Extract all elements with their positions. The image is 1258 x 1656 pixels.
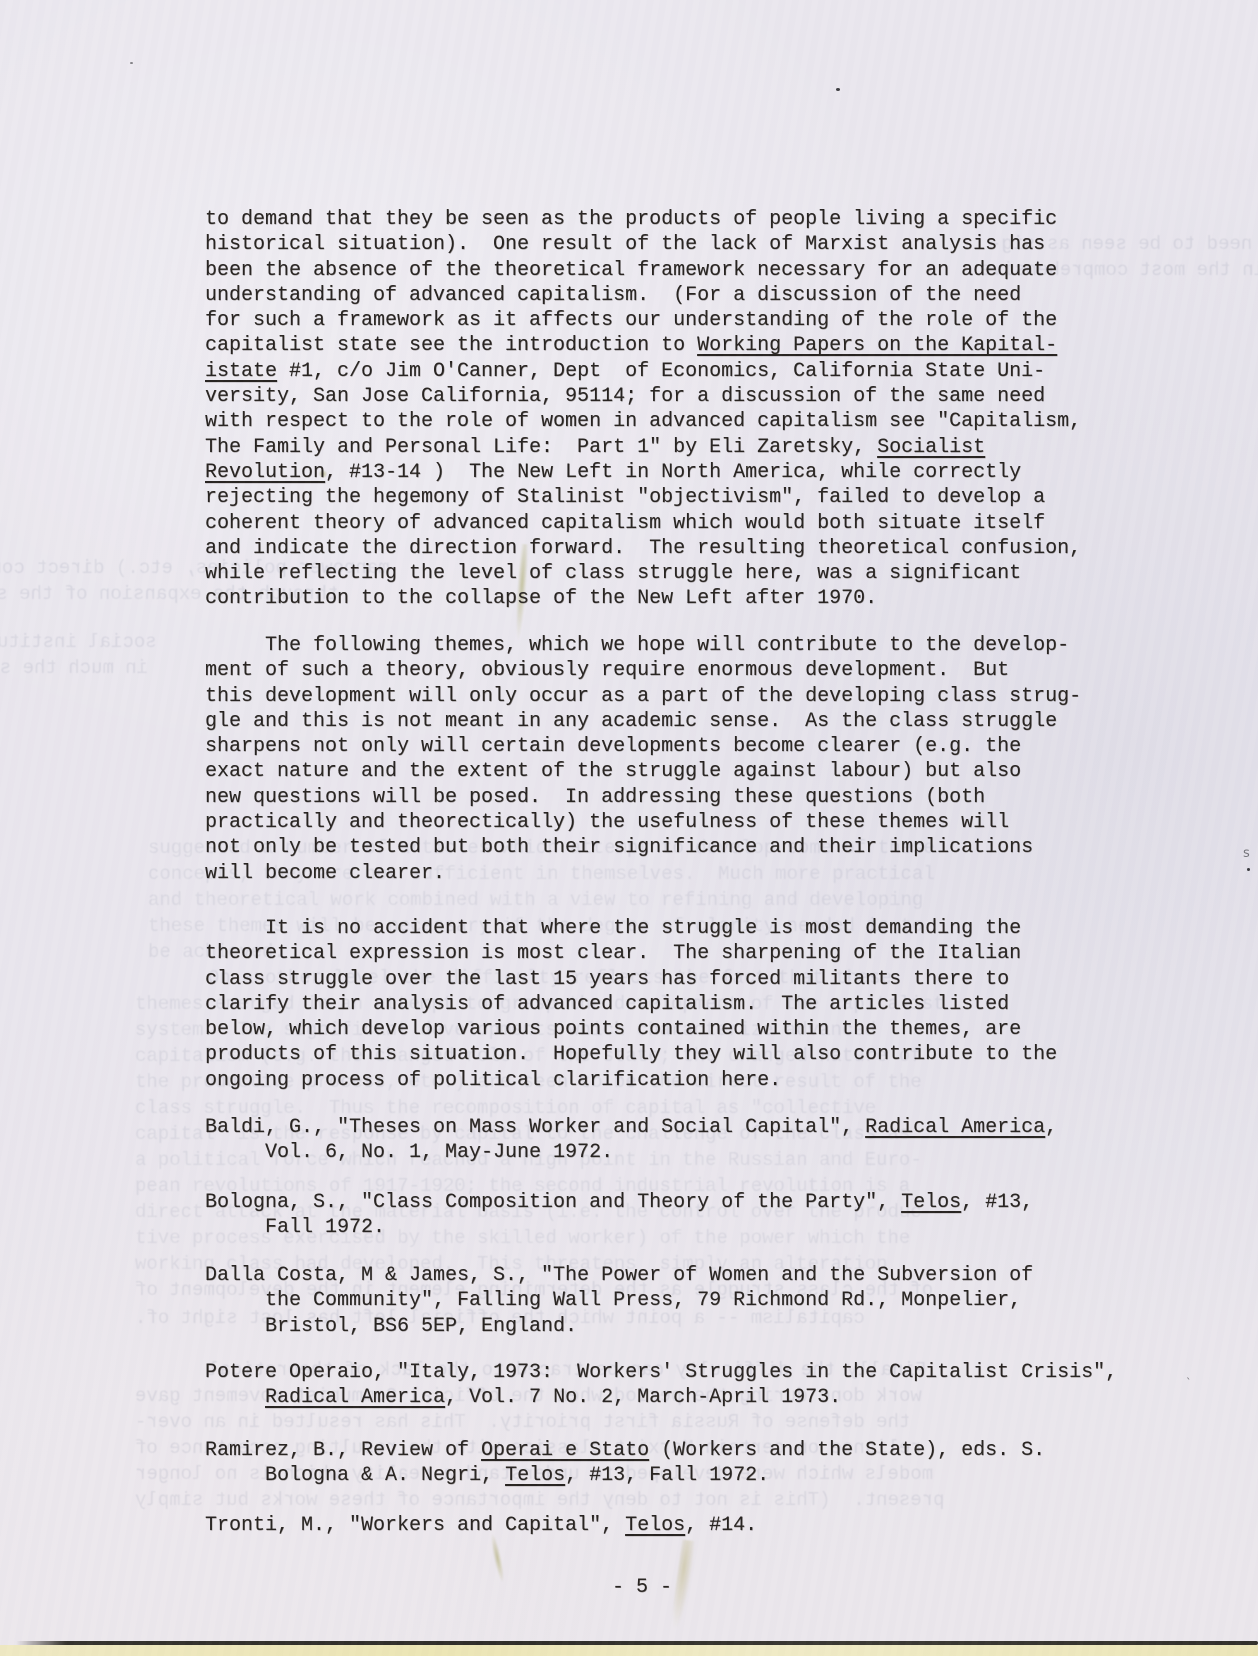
text-line: Radical America, Vol. 7 No. 2, March-Apr… bbox=[205, 1385, 1117, 1410]
text-line: Potere Operaio, "Italy, 1973: Workers' S… bbox=[205, 1360, 1117, 1385]
text-segment: products of this situation. Hopefully th… bbox=[205, 1043, 1057, 1066]
text-block-para3: It is no accident that where the struggl… bbox=[205, 916, 1057, 1093]
underlined-title: istate bbox=[205, 360, 277, 383]
text-line: been the absence of the theoretical fram… bbox=[205, 258, 1081, 283]
text-block-bib4: Potere Operaio, "Italy, 1973: Workers' S… bbox=[205, 1360, 1117, 1411]
text-segment: with respect to the role of women in adv… bbox=[205, 410, 1081, 433]
text-line: Bologna, S., "Class Composition and Theo… bbox=[205, 1190, 1033, 1215]
text-line: below, which develop various points cont… bbox=[205, 1017, 1057, 1042]
text-segment: exact nature and the extent of the strug… bbox=[205, 760, 1021, 783]
text-line: Dalla Costa, M & James, S., "The Power o… bbox=[205, 1263, 1033, 1288]
text-line: coherent theory of advanced capitalism w… bbox=[205, 511, 1081, 536]
text-segment: been the absence of the theoretical fram… bbox=[205, 259, 1057, 282]
underlined-title: Working Papers on the Kapital- bbox=[697, 334, 1057, 357]
text-segment: clarify their analysis of advanced capit… bbox=[205, 993, 1009, 1016]
text-segment: while reflecting the level of class stru… bbox=[205, 562, 1021, 585]
text-line: this development will only occur as a pa… bbox=[205, 684, 1081, 709]
text-segment: (Workers and the State), eds. S. bbox=[649, 1439, 1045, 1462]
text-line: Revolution, #13-14 ) The New Left in Nor… bbox=[205, 460, 1081, 485]
text-line: class struggle over the last 15 years ha… bbox=[205, 967, 1057, 992]
text-segment: ongoing process of political clarificati… bbox=[205, 1069, 781, 1092]
text-line: practically and theorectically) the usef… bbox=[205, 810, 1081, 835]
text-line: Ramirez, B., Review of Operai e Stato (W… bbox=[205, 1438, 1045, 1463]
text-block-para1: to demand that they be seen as the produ… bbox=[205, 207, 1081, 612]
text-line: clarify their analysis of advanced capit… bbox=[205, 992, 1057, 1017]
text-segment: Vol. 6, No. 1, May-June 1972. bbox=[205, 1141, 613, 1164]
text-segment: Bologna & A. Negri, bbox=[205, 1464, 505, 1487]
text-segment: Bristol, BS6 5EP, England. bbox=[205, 1315, 577, 1338]
text-line: exact nature and the extent of the strug… bbox=[205, 759, 1081, 784]
text-segment: Dalla Costa, M & James, S., "The Power o… bbox=[205, 1264, 1033, 1287]
text-segment: for such a framework as it affects our u… bbox=[205, 309, 1057, 332]
text-segment: , #13, bbox=[961, 1191, 1033, 1214]
text-line: with respect to the role of women in adv… bbox=[205, 409, 1081, 434]
text-block-bib6: Tronti, M., "Workers and Capital", Telos… bbox=[205, 1513, 757, 1538]
underlined-title: Operai e Stato bbox=[481, 1439, 649, 1462]
text-line: products of this situation. Hopefully th… bbox=[205, 1042, 1057, 1067]
text-segment: below, which develop various points cont… bbox=[205, 1018, 1021, 1041]
underlined-title: Socialist bbox=[877, 436, 985, 459]
text-line: capitalist state see the introduction to… bbox=[205, 333, 1081, 358]
text-line: to demand that they be seen as the produ… bbox=[205, 207, 1081, 232]
underlined-title: Revolution bbox=[205, 461, 325, 484]
document-page: need to be seen as sig-in the most compr… bbox=[0, 0, 1258, 1656]
text-line: Tronti, M., "Workers and Capital", Telos… bbox=[205, 1513, 757, 1538]
text-segment: , #13, Fall 1972. bbox=[565, 1464, 769, 1487]
text-segment: capitalist state see the introduction to bbox=[205, 334, 697, 357]
text-segment: , #14. bbox=[685, 1514, 757, 1537]
text-segment: theoretical expression is most clear. Th… bbox=[205, 942, 1021, 965]
underlined-title: Telos bbox=[505, 1464, 565, 1487]
text-line: for such a framework as it affects our u… bbox=[205, 308, 1081, 333]
text-segment: Bologna, S., "Class Composition and Theo… bbox=[205, 1191, 901, 1214]
text-line: versity, San Jose California, 95114; for… bbox=[205, 384, 1081, 409]
text-line: Bologna & A. Negri, Telos, #13, Fall 197… bbox=[205, 1463, 1045, 1488]
typewritten-text: to demand that they be seen as the produ… bbox=[0, 0, 1258, 1656]
text-segment: this development will only occur as a pa… bbox=[205, 685, 1081, 708]
text-line: theoretical expression is most clear. Th… bbox=[205, 941, 1057, 966]
text-segment: , #13-14 ) The New Left in North America… bbox=[325, 461, 1021, 484]
text-line: ment of such a theory, obviously require… bbox=[205, 658, 1081, 683]
text-segment: Ramirez, B., Review of bbox=[205, 1439, 481, 1462]
text-line: Baldi, G., "Theses on Mass Worker and So… bbox=[205, 1115, 1057, 1140]
text-line: The Family and Personal Life: Part 1" by… bbox=[205, 435, 1081, 460]
text-segment: versity, San Jose California, 95114; for… bbox=[205, 385, 1045, 408]
text-segment: The Family and Personal Life: Part 1" by… bbox=[205, 436, 877, 459]
text-segment: ment of such a theory, obviously require… bbox=[205, 659, 1009, 682]
text-line: not only be tested but both their signif… bbox=[205, 835, 1081, 860]
text-segment: contribution to the collapse of the New … bbox=[205, 587, 877, 610]
text-line: ongoing process of political clarificati… bbox=[205, 1068, 1057, 1093]
text-segment: to demand that they be seen as the produ… bbox=[205, 208, 1057, 231]
text-segment: new questions will be posed. In addressi… bbox=[205, 786, 985, 809]
text-segment: Fall 1972. bbox=[205, 1216, 385, 1239]
text-block-bib5: Ramirez, B., Review of Operai e Stato (W… bbox=[205, 1438, 1045, 1489]
text-segment bbox=[205, 1386, 265, 1409]
text-line: It is no accident that where the struggl… bbox=[205, 916, 1057, 941]
text-line: contribution to the collapse of the New … bbox=[205, 586, 1081, 611]
text-block-bib3: Dalla Costa, M & James, S., "The Power o… bbox=[205, 1263, 1033, 1339]
text-segment: Baldi, G., "Theses on Mass Worker and So… bbox=[205, 1116, 865, 1139]
text-segment: Potere Operaio, "Italy, 1973: Workers' S… bbox=[205, 1361, 1117, 1384]
text-line: Fall 1972. bbox=[205, 1215, 1033, 1240]
underlined-title: Telos bbox=[625, 1514, 685, 1537]
text-segment: It is no accident that where the struggl… bbox=[205, 917, 1021, 940]
underlined-title: Telos bbox=[901, 1191, 961, 1214]
text-segment: will become clearer. bbox=[205, 862, 445, 885]
text-line: will become clearer. bbox=[205, 861, 1081, 886]
text-segment: #1, c/o Jim O'Canner, Dept of Economics,… bbox=[277, 360, 1045, 383]
text-segment: coherent theory of advanced capitalism w… bbox=[205, 512, 1045, 535]
text-segment: not only be tested but both their signif… bbox=[205, 836, 1033, 859]
text-segment: Tronti, M., "Workers and Capital", bbox=[205, 1514, 625, 1537]
text-block-bib2: Bologna, S., "Class Composition and Theo… bbox=[205, 1190, 1033, 1241]
text-segment: , bbox=[1045, 1116, 1057, 1139]
text-line: sharpens not only will certain developme… bbox=[205, 734, 1081, 759]
text-line: gle and this is not meant in any academi… bbox=[205, 709, 1081, 734]
text-segment: understanding of advanced capitalism. (F… bbox=[205, 284, 1021, 307]
text-line: while reflecting the level of class stru… bbox=[205, 561, 1081, 586]
underlined-title: Radical America bbox=[265, 1386, 445, 1409]
text-line: Bristol, BS6 5EP, England. bbox=[205, 1314, 1033, 1339]
text-segment: gle and this is not meant in any academi… bbox=[205, 710, 1057, 733]
text-segment: class struggle over the last 15 years ha… bbox=[205, 968, 1009, 991]
text-segment: historical situation). One result of the… bbox=[205, 233, 1045, 256]
page-number: - 5 - bbox=[612, 1576, 672, 1599]
text-line: istate #1, c/o Jim O'Canner, Dept of Eco… bbox=[205, 359, 1081, 384]
text-line: understanding of advanced capitalism. (F… bbox=[205, 283, 1081, 308]
text-block-para2: The following themes, which we hope will… bbox=[205, 633, 1081, 886]
text-line: The following themes, which we hope will… bbox=[205, 633, 1081, 658]
scanner-background-strip bbox=[0, 1645, 1258, 1656]
underlined-title: Radical America bbox=[865, 1116, 1045, 1139]
text-segment: The following themes, which we hope will… bbox=[205, 634, 1069, 657]
text-line: and indicate the direction forward. The … bbox=[205, 536, 1081, 561]
text-line: the Community", Falling Wall Press, 79 R… bbox=[205, 1288, 1033, 1313]
text-segment: the Community", Falling Wall Press, 79 R… bbox=[205, 1289, 1021, 1312]
text-line: Vol. 6, No. 1, May-June 1972. bbox=[205, 1140, 1057, 1165]
text-line: new questions will be posed. In addressi… bbox=[205, 785, 1081, 810]
text-segment: sharpens not only will certain developme… bbox=[205, 735, 1021, 758]
text-line: historical situation). One result of the… bbox=[205, 232, 1081, 257]
text-segment: and indicate the direction forward. The … bbox=[205, 537, 1081, 560]
text-segment: rejecting the hegemony of Stalinist "obj… bbox=[205, 486, 1045, 509]
text-block-bib1: Baldi, G., "Theses on Mass Worker and So… bbox=[205, 1115, 1057, 1166]
text-segment: practically and theorectically) the usef… bbox=[205, 811, 1009, 834]
text-segment: , Vol. 7 No. 2, March-April 1973. bbox=[445, 1386, 841, 1409]
text-line: rejecting the hegemony of Stalinist "obj… bbox=[205, 485, 1081, 510]
